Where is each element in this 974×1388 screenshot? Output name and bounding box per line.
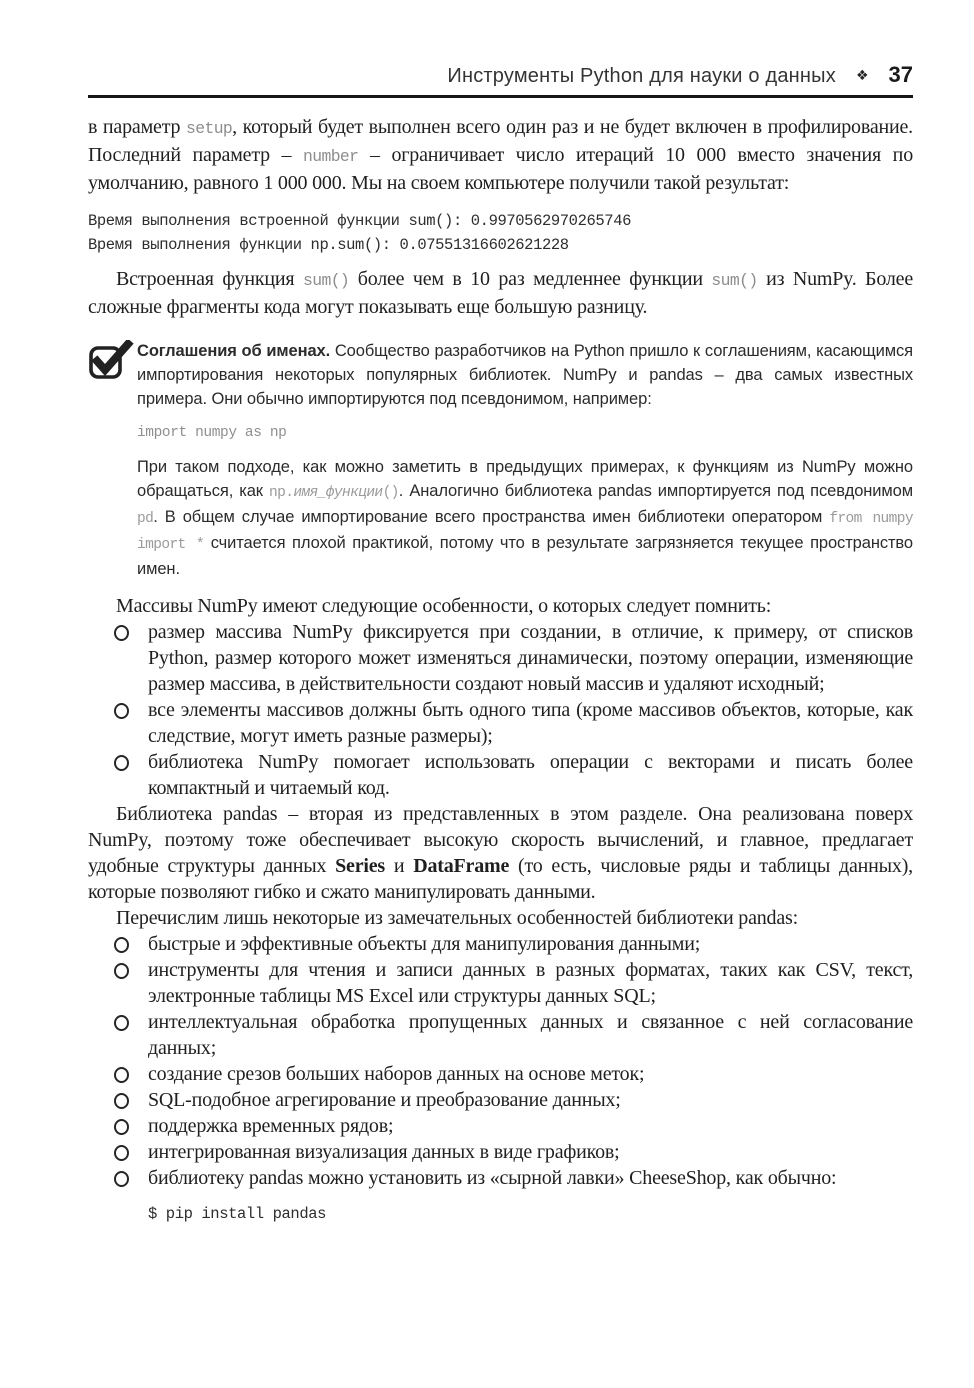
note-icon-column — [88, 339, 137, 581]
list-item: библиотеку pandas можно установить из «с… — [88, 1165, 913, 1191]
note-paragraph-1: Соглашения об именах. Сообщество разрабо… — [137, 339, 913, 411]
list-item: интеллектуальная обработка пропущенных д… — [88, 1009, 913, 1061]
list-item-text: все элементы массивов должны быть одного… — [148, 699, 913, 747]
list-item-text: размер массива NumPy фиксируется при соз… — [148, 621, 913, 695]
paragraph-builtin-sum: Встроенная функция sum() более чем в 10 … — [88, 266, 913, 320]
code-line: Время выполнения встроенной функции sum(… — [88, 209, 913, 233]
numpy-features-list: размер массива NumPy фиксируется при соз… — [88, 619, 913, 801]
list-item-text: создание срезов больших наборов данных н… — [148, 1063, 644, 1085]
list-item: библиотека NumPy помогает использовать о… — [88, 749, 913, 801]
paragraph-numpy-list-intro: Массивы NumPy имеют следующие особенност… — [88, 593, 913, 619]
paragraph-pandas: Библиотека pandas – вторая из представле… — [88, 801, 913, 905]
list-item-text: интегрированная визуализация данных в ви… — [148, 1141, 620, 1163]
circle-bullet-icon — [114, 1015, 129, 1031]
list-item-text: поддержка временных рядов; — [148, 1115, 393, 1137]
list-item-text: быстрые и эффективные объекты для манипу… — [148, 933, 700, 955]
list-item: поддержка временных рядов; — [88, 1113, 913, 1139]
list-item-text: библиотеку pandas можно установить из «с… — [148, 1167, 836, 1189]
circle-bullet-icon — [114, 625, 129, 641]
list-item: инструменты для чтения и записи данных в… — [88, 957, 913, 1009]
circle-bullet-icon — [114, 963, 129, 979]
note-box-naming-conventions: Соглашения об именах. Сообщество разрабо… — [88, 339, 913, 581]
checked-checkbox-icon — [88, 340, 134, 382]
list-item-text: SQL-подобное агрегирование и преобразова… — [148, 1089, 621, 1111]
circle-bullet-icon — [114, 703, 129, 719]
circle-bullet-icon — [114, 937, 129, 953]
diamond-ornament-icon: ❖ — [856, 68, 869, 84]
list-item-text: инструменты для чтения и записи данных в… — [148, 959, 913, 1007]
list-item: быстрые и эффективные объекты для манипу… — [88, 931, 913, 957]
list-item-text: библиотека NumPy помогает использовать о… — [148, 751, 913, 799]
note-body: Соглашения об именах. Сообщество разрабо… — [137, 339, 913, 581]
list-item: размер массива NumPy фиксируется при соз… — [88, 619, 913, 697]
code-pip-install: $ pip install pandas — [148, 1205, 913, 1223]
circle-bullet-icon — [114, 1119, 129, 1135]
running-head-title: Инструменты Python для науки о данных — [447, 65, 836, 88]
page-number: 37 — [889, 62, 913, 88]
paragraph-pandas-list-intro: Перечислим лишь некоторые из замечательн… — [88, 905, 913, 931]
code-output-timing: Время выполнения встроенной функции sum(… — [88, 209, 913, 257]
book-page: Инструменты Python для науки о данных ❖ … — [0, 0, 974, 1388]
list-item: интегрированная визуализация данных в ви… — [88, 1139, 913, 1165]
pandas-features-list: быстрые и эффективные объекты для манипу… — [88, 931, 913, 1191]
circle-bullet-icon — [114, 1145, 129, 1161]
note-paragraph-2: При таком подходе, как можно заметить в … — [137, 455, 913, 581]
circle-bullet-icon — [114, 1067, 129, 1083]
circle-bullet-icon — [114, 1093, 129, 1109]
list-item: все элементы массивов должны быть одного… — [88, 697, 913, 749]
paragraph-timeit-setup: в параметр setup, который будет выполнен… — [88, 114, 913, 196]
page-header: Инструменты Python для науки о данных ❖ … — [88, 62, 913, 98]
circle-bullet-icon — [114, 1171, 129, 1187]
header-rule — [88, 95, 913, 98]
note-code-import-numpy: import numpy as np — [137, 421, 913, 445]
list-item: создание срезов больших наборов данных н… — [88, 1061, 913, 1087]
list-item-text: интеллектуальная обработка пропущенных д… — [148, 1011, 913, 1059]
circle-bullet-icon — [114, 755, 129, 771]
code-line: Время выполнения функции np.sum(): 0.075… — [88, 233, 913, 257]
list-item: SQL-подобное агрегирование и преобразова… — [88, 1087, 913, 1113]
running-head-row: Инструменты Python для науки о данных ❖ … — [88, 62, 913, 88]
